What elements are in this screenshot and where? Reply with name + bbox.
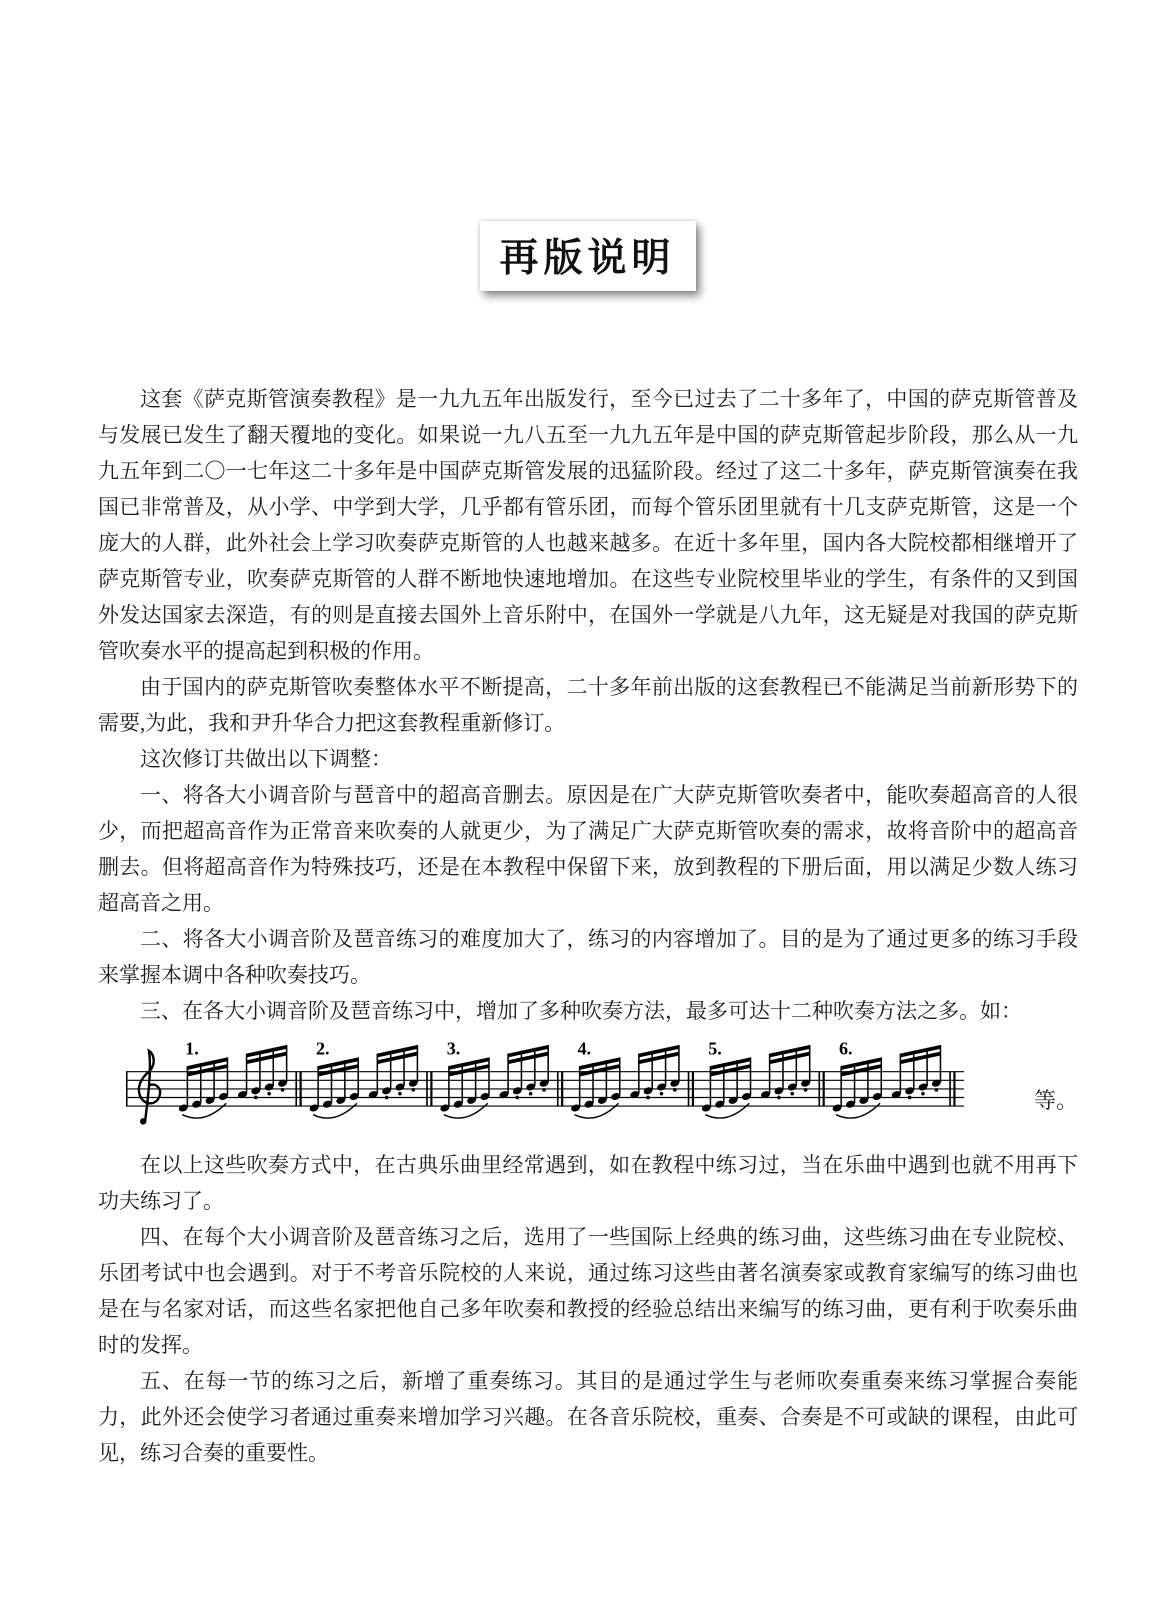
paragraph-history: 这套《萨克斯管演奏教程》是一九九五年出版发行，至今已过去了二十多年了，中国的萨克… bbox=[98, 381, 1078, 669]
page-title-box: 再版说明 bbox=[479, 221, 695, 291]
segment-number-4: 4. bbox=[577, 1039, 591, 1059]
list-item-two: 二、将各大小调音阶及琶音练习的难度加大了，练习的内容增加了。目的是为了通过更多的… bbox=[98, 921, 1078, 993]
segment-number-5: 5. bbox=[708, 1039, 722, 1059]
segment-number-1: 1. bbox=[185, 1039, 199, 1059]
list-item-three: 三、在各大小调音阶及琶音练习中，增加了多种吹奏方法，最多可达十二种吹奏方法之多。… bbox=[98, 993, 1078, 1029]
music-notation-figure: 1. 2. 3. 4. 5. 6. 等。 bbox=[126, 1037, 1078, 1141]
page-title: 再版说明 bbox=[499, 227, 675, 283]
paragraph-after-figure: 在以上这些吹奏方式中，在古典乐曲里经常遇到，如在教程中练习过，当在乐曲中遇到也就… bbox=[98, 1147, 1078, 1219]
segment-number-6: 6. bbox=[839, 1039, 853, 1059]
paragraph-adjustments-lead: 这次修订共做出以下调整： bbox=[98, 741, 1078, 777]
list-item-five: 五、在每一节的练习之后，新增了重奏练习。其目的是通过学生与老师吹奏重奏来练习掌握… bbox=[98, 1363, 1078, 1471]
segment-number-2: 2. bbox=[316, 1039, 330, 1059]
list-item-one: 一、将各大小调音阶与琶音中的超高音删去。原因是在广大萨克斯管吹奏者中，能吹奏超高… bbox=[98, 777, 1078, 921]
document-content: 这套《萨克斯管演奏教程》是一九九五年出版发行，至今已过去了二十多年了，中国的萨克… bbox=[98, 381, 1078, 1471]
list-item-four: 四、在每个大小调音阶及琶音练习之后，选用了一些国际上经典的练习曲，这些练习曲在专… bbox=[98, 1219, 1078, 1363]
paragraph-revision-reason: 由于国内的萨克斯管吹奏整体水平不断提高，二十多年前出版的这套教程已不能满足当前新… bbox=[98, 669, 1078, 741]
segment-number-3: 3. bbox=[447, 1039, 461, 1059]
document-page: 再版说明 这套《萨克斯管演奏教程》是一九九五年出版发行，至今已过去了二十多年了，… bbox=[0, 0, 1175, 1600]
music-etc-label: 等。 bbox=[1034, 1083, 1078, 1119]
music-staff-svg: 1. 2. 3. 4. 5. 6. bbox=[126, 1037, 1028, 1137]
treble-clef-icon bbox=[139, 1051, 160, 1125]
